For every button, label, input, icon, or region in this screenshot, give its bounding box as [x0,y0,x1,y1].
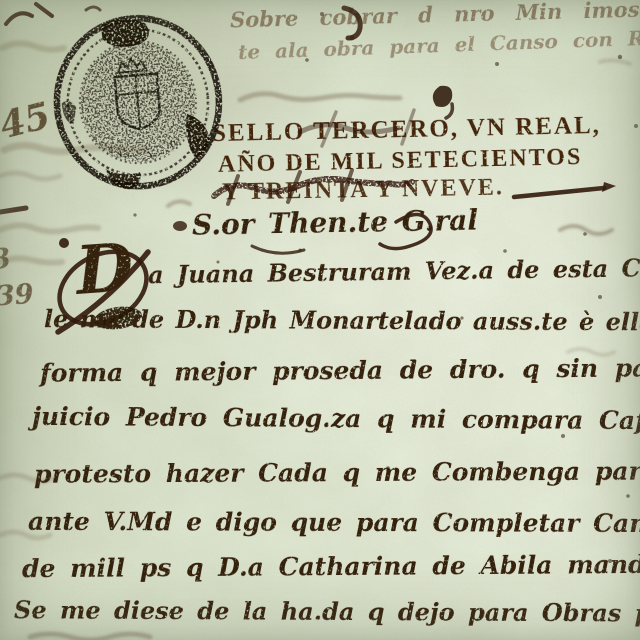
top-marginal-note-line2: te ala obra para el Canso con R [238,26,640,64]
manuscript-line: protesto hazer Cada q me Combenga paresc… [34,456,640,489]
manuscript-line: ante V.Md e digo que para Completar Cam.… [28,507,640,538]
seal-rim-text: · CAS · Y · D · [96,128,190,165]
margin-number-2: 39 [0,279,35,313]
manuscript-line: forma q mejor proseda de dro. q sin par [40,353,640,387]
stamp-text-line1: SELLO TERCERO, VN REAL, [212,112,601,148]
margin-number-1: 3 [0,243,13,276]
stamp-text-line2: AÑO DE MIL SETECIENTOS [218,144,583,179]
seal-ink-blob-right [185,112,211,158]
manuscript-line: le ma de D.n Jph Monartelado auss.te è e… [44,304,640,337]
seal-shield [115,73,162,130]
folio-number: 45 [0,95,54,148]
manuscript-line: Se me diese de la ha.da q dejo para Obra… [14,595,640,628]
svg-text:· CAS · Y · D ·: · CAS · Y · D · [96,128,190,165]
seal-crown [117,57,146,72]
manuscript-line: juicio Pedro Gualog.za q mi compara Caſ [32,402,640,435]
royal-seal-stamp-icon: · CAS · Y · D · [50,11,226,195]
seal-ink-blob-top [101,16,150,48]
manuscript-page: Sobre cobrar d nro Min imos te ala obra … [0,0,640,640]
stamp-text-line3: Y TREINTA Y NVEVE. [222,175,504,207]
manuscript-line: a Juana Bestruram Vez.a de esta Ciud, mu… [148,252,640,290]
seal-ink-blob-bottom [106,166,142,191]
printed-line-dash [514,188,604,197]
manuscript-line: de mill ps q D.a Catharina de Abila mand… [22,550,640,583]
initial-capital: D [73,228,136,310]
heading-senor-teniente-general: S.or Then.te G.ral [192,204,478,242]
